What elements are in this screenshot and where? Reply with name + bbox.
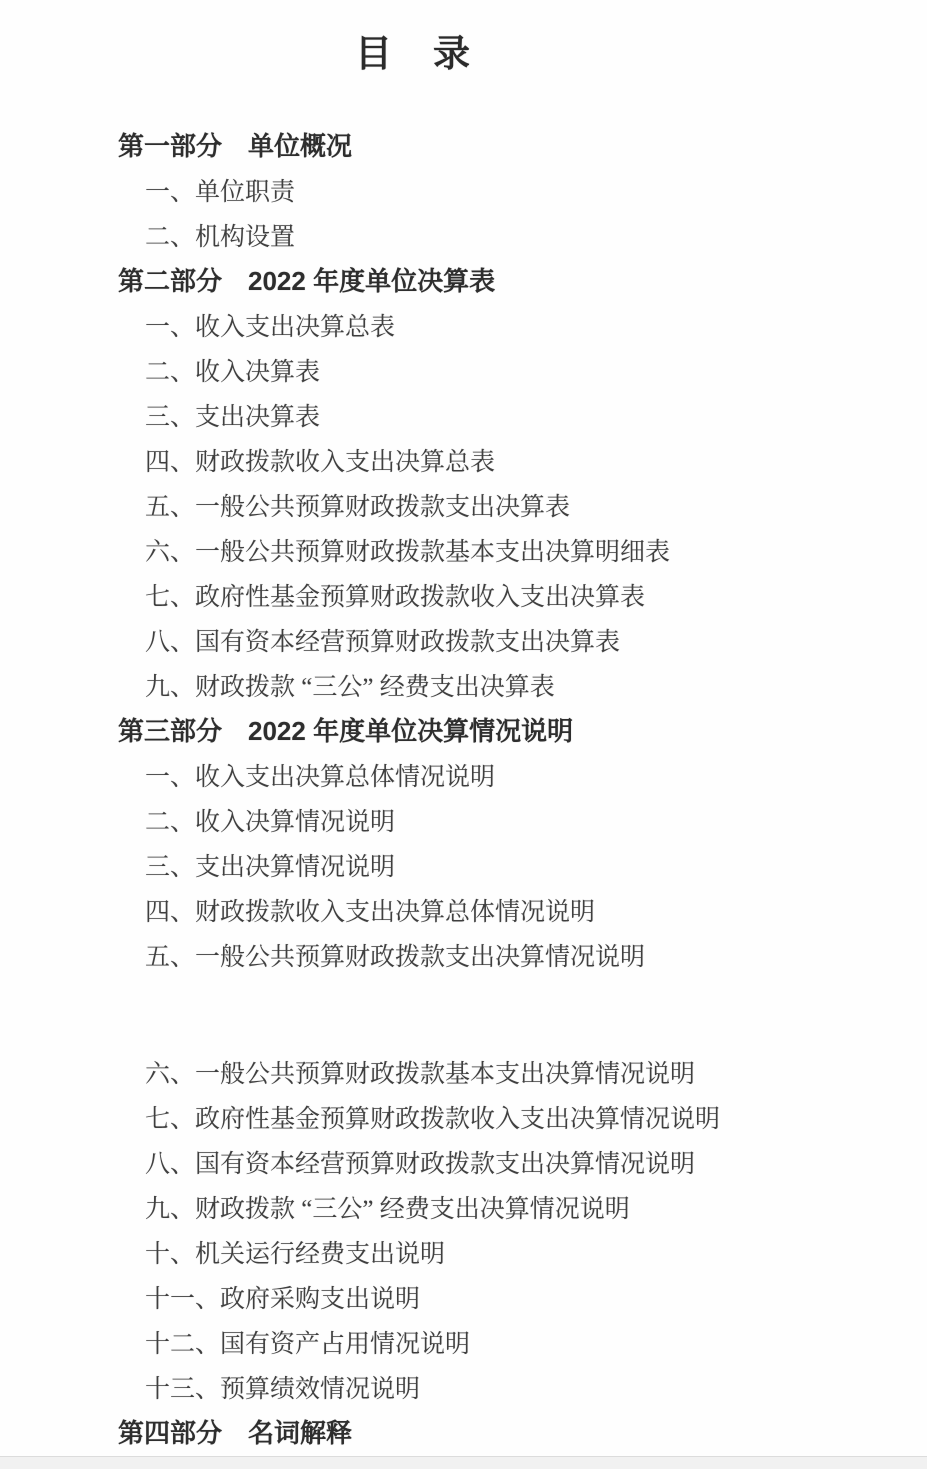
toc-item: 十、机关运行经费支出说明 [0, 1229, 927, 1274]
toc-section-header: 第四部分 名词解释 [0, 1409, 927, 1454]
toc-list: 第一部分 单位概况一、单位职责二、机构设置第二部分 2022 年度单位决算表一、… [0, 122, 927, 1454]
toc-item: 三、支出决算情况说明 [0, 842, 927, 887]
toc-item: 七、政府性基金预算财政拨款收入支出决算表 [0, 572, 927, 617]
toc-item: 十三、预算绩效情况说明 [0, 1364, 927, 1409]
toc-item: 八、国有资本经营预算财政拨款支出决算情况说明 [0, 1139, 927, 1184]
page-title: 目 录 [0, 0, 927, 78]
toc-item: 一、单位职责 [0, 167, 927, 212]
toc-item: 四、财政拨款收入支出决算总体情况说明 [0, 887, 927, 932]
toc-section-header: 第一部分 单位概况 [0, 122, 927, 167]
toc-item: 二、机构设置 [0, 212, 927, 257]
toc-item: 十一、政府采购支出说明 [0, 1274, 927, 1319]
toc-section-header: 第二部分 2022 年度单位决算表 [0, 257, 927, 302]
toc-item: 七、政府性基金预算财政拨款收入支出决算情况说明 [0, 1094, 927, 1139]
toc-item: 九、财政拨款 “三公” 经费支出决算表 [0, 662, 927, 707]
toc-item: 二、收入决算情况说明 [0, 797, 927, 842]
toc-item: 一、收入支出决算总体情况说明 [0, 752, 927, 797]
toc-item: 一、收入支出决算总表 [0, 302, 927, 347]
toc-section-header: 第三部分 2022 年度单位决算情况说明 [0, 707, 927, 752]
viewer-bottom-bar [0, 1456, 927, 1469]
toc-item: 六、一般公共预算财政拨款基本支出决算明细表 [0, 527, 927, 572]
toc-item: 二、收入决算表 [0, 347, 927, 392]
toc-spacer [0, 977, 927, 1049]
document-page: 目 录 第一部分 单位概况一、单位职责二、机构设置第二部分 2022 年度单位决… [0, 0, 927, 1469]
toc-item: 五、一般公共预算财政拨款支出决算情况说明 [0, 932, 927, 977]
toc-item: 三、支出决算表 [0, 392, 927, 437]
toc-item: 四、财政拨款收入支出决算总表 [0, 437, 927, 482]
toc-item: 五、一般公共预算财政拨款支出决算表 [0, 482, 927, 527]
toc-item: 九、财政拨款 “三公” 经费支出决算情况说明 [0, 1184, 927, 1229]
toc-item: 八、国有资本经营预算财政拨款支出决算表 [0, 617, 927, 662]
toc-item: 十二、国有资产占用情况说明 [0, 1319, 927, 1364]
toc-item: 六、一般公共预算财政拨款基本支出决算情况说明 [0, 1049, 927, 1094]
